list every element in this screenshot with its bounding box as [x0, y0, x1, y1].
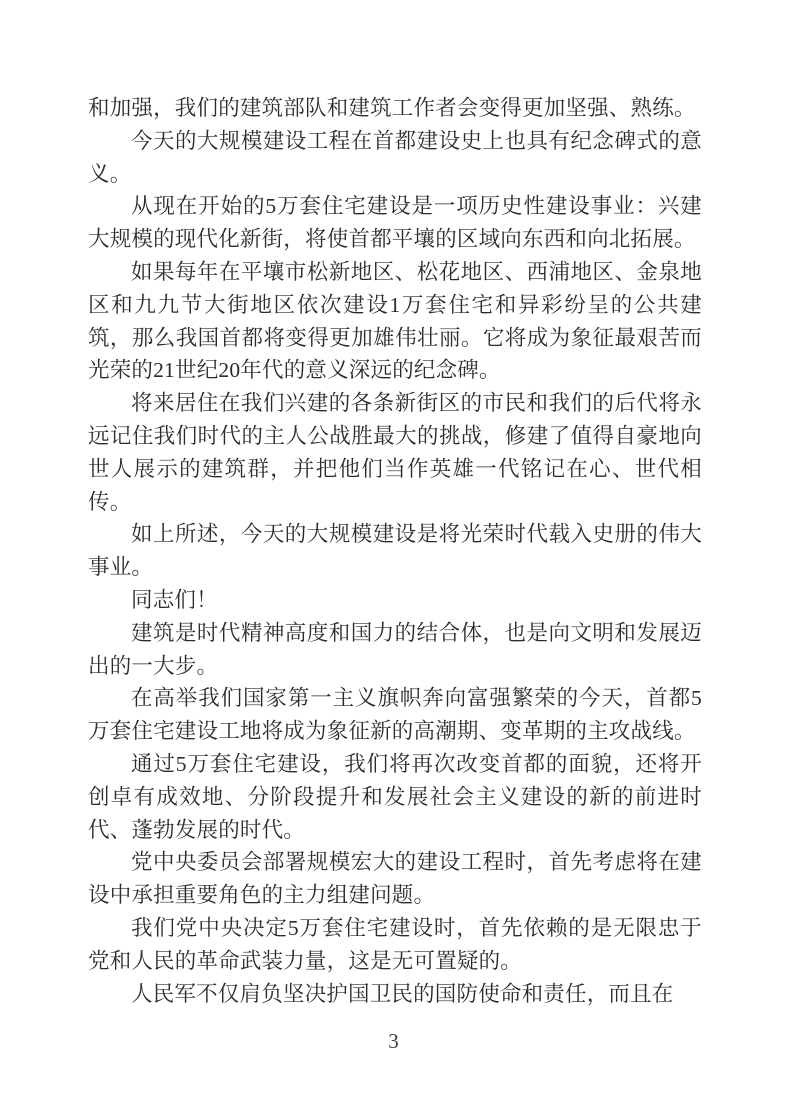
- text-paragraph: 在高举我们国家第一主义旗帜奔向富强繁荣的今天，首都5万套住宅建设工地将成为象征新…: [88, 682, 702, 748]
- text-paragraph: 和加强，我们的建筑部队和建筑工作者会变得更加坚强、熟练。: [88, 92, 702, 125]
- text-paragraph: 今天的大规模建设工程在首都建设史上也具有纪念碑式的意义。: [88, 125, 702, 191]
- text-paragraph: 如果每年在平壤市松新地区、松花地区、西浦地区、金泉地区和九九节大街地区依次建设1…: [88, 256, 702, 387]
- text-paragraph: 人民军不仅肩负坚决护国卫民的国防使命和责任，而且在: [88, 978, 702, 1011]
- text-paragraph: 党中央委员会部署规模宏大的建设工程时，首先考虑将在建设中承担重要角色的主力组建问…: [88, 846, 702, 912]
- text-paragraph: 将来居住在我们兴建的各条新街区的市民和我们的后代将永远记住我们时代的主人公战胜最…: [88, 387, 702, 518]
- text-paragraph: 同志们！: [88, 584, 702, 617]
- text-paragraph: 通过5万套住宅建设，我们将再次改变首都的面貌，还将开创卓有成效地、分阶段提升和发…: [88, 748, 702, 846]
- text-paragraph: 如上所述，今天的大规模建设是将光荣时代载入史册的伟大事业。: [88, 518, 702, 584]
- text-paragraph: 从现在开始的5万套住宅建设是一项历史性建设事业：兴建大规模的现代化新街，将使首都…: [88, 190, 702, 256]
- text-body: 和加强，我们的建筑部队和建筑工作者会变得更加坚强、熟练。 今天的大规模建设工程在…: [88, 92, 702, 1010]
- text-paragraph: 建筑是时代精神高度和国力的结合体，也是向文明和发展迈出的一大步。: [88, 617, 702, 683]
- text-paragraph: 我们党中央决定5万套住宅建设时，首先依赖的是无限忠于党和人民的革命武装力量，这是…: [88, 912, 702, 978]
- page-number: 3: [0, 1026, 787, 1056]
- document-page: 和加强，我们的建筑部队和建筑工作者会变得更加坚强、熟练。 今天的大规模建设工程在…: [0, 0, 787, 1116]
